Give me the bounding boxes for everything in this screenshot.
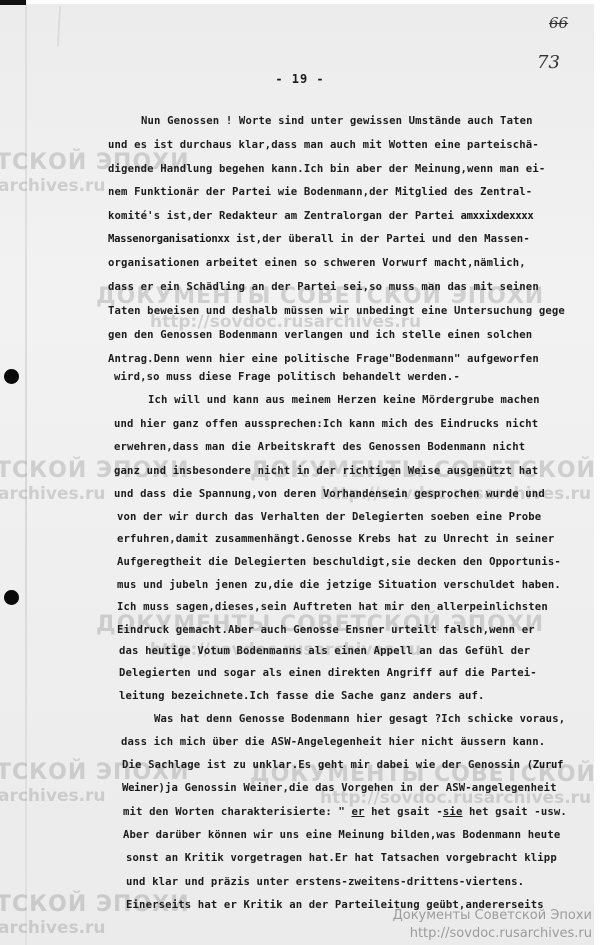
text-line: gen den Genossen Bodenmann verlangen und…: [108, 329, 532, 341]
text-line: und es ist durchaus klar,dass man auch m…: [108, 139, 539, 151]
text-line: sonst an Kritik vorgetragen hat.Er hat T…: [126, 852, 557, 864]
text-line: Ich muss sagen,dieses,sein Auftreten hat…: [117, 601, 548, 613]
text-line: erfuhren,damit zusammenhängt.Genosse Kre…: [117, 533, 554, 545]
text-line: mus und jubeln jenen zu,die die jetzige …: [117, 579, 561, 591]
text-line: und klar und präzis unter erstens-zweite…: [126, 876, 524, 888]
typed-over-text: Weiner: [122, 782, 158, 794]
text-line: mit den Worten charakterisierte: " er he…: [123, 806, 567, 818]
text-segment: Die Sachlage ist zu unklar.Es geht mir d…: [122, 759, 527, 771]
text-segment: )ja Genossin Weiner,die das Vorgehen in …: [158, 782, 556, 794]
text-line: Delegierten und sogar als einen direkten…: [119, 667, 537, 679]
text-line: Aufgeregtheit die Delegierten beschuldig…: [117, 556, 561, 568]
text-line: von der wir durch das Verhalten der Dele…: [117, 511, 541, 523]
text-line: Taten beweisen und deshalb müssen wir un…: [108, 305, 565, 317]
text-line: erwehren,dass man die Arbeitskraft des G…: [114, 441, 525, 453]
text-line: Was hat denn Genosse Bodenmann hier gesa…: [154, 713, 565, 725]
typed-over-text: (Zuruf: [527, 759, 563, 771]
text-line: wird,so muss diese Frage politisch behan…: [114, 371, 460, 383]
text-segment: het gsait -: [365, 806, 443, 818]
punch-hole-icon: [4, 369, 19, 384]
text-line: nem Funktionär der Partei wie Bodenmann,…: [108, 186, 532, 198]
text-line: dass ich mich über die ASW-Angelegenheit…: [121, 736, 545, 748]
text-line: das heutige Votum Bodenmanns als einen A…: [119, 645, 530, 657]
footer-watermark-title: Документы Советской Эпохи: [393, 908, 592, 923]
text-segment: het gsait -usw.: [462, 806, 566, 818]
text-line: Ich will und kann aus meinem Herzen kein…: [148, 394, 540, 406]
text-line: komité's ist,der Redakteur am Zentralorg…: [108, 210, 533, 222]
struck-folio-number: 66: [549, 14, 568, 32]
text-line: dass er ein Schädling an der Partei sei,…: [108, 281, 539, 293]
text-segment: ist,der überall in der Partei und den Ma…: [230, 233, 530, 245]
text-line: und dass die Spannung,von deren Vorhande…: [114, 488, 545, 500]
typed-over-text: Massenorganisationxx: [108, 233, 230, 245]
folio-number: 73: [537, 52, 560, 73]
text-line: Massenorganisationxx ist,der überall in …: [108, 233, 530, 245]
text-segment: mit den Worten charakterisierte: ": [123, 806, 351, 818]
text-line: Antrag.Denn wenn hier eine politische Fr…: [108, 353, 539, 365]
text-segment: komité's ist,der Redakteur am Zentralorg…: [108, 210, 461, 222]
text-line: leitung bezeichnete.Ich fasse die Sache …: [119, 690, 485, 702]
scan-border: [0, 0, 26, 5]
text-line: Eindruck gemacht.Aber auch Genosse Ensne…: [117, 624, 535, 636]
footer-watermark-url: http://sovdoc.rusarchives.ru: [410, 926, 592, 941]
page-number: - 19 -: [0, 72, 600, 86]
paper-fold-line: [25, 0, 27, 945]
text-line: digende Handlung begehen kann.Ich bin ab…: [108, 163, 545, 175]
underlined-word: er: [351, 806, 364, 818]
text-line: ganz und insbesondere nicht in der richt…: [114, 465, 538, 477]
text-line: und hier ganz offen aussprechen:Ich kann…: [114, 418, 538, 430]
punch-hole-icon: [4, 590, 19, 605]
scanned-document-page: 66 73 - 19 - ТСКОЙ ЭПОХИ archives.ru ДОК…: [0, 0, 600, 945]
underlined-word: sie: [443, 806, 463, 818]
text-line: Weiner)ja Genossin Weiner,die das Vorgeh…: [122, 782, 557, 794]
text-line: Aber darüber können wir uns eine Meinung…: [123, 829, 560, 841]
text-line: organisationen arbeitet einen so schwere…: [108, 257, 526, 269]
typed-over-text: amxxixdexxxx: [461, 210, 534, 222]
text-line: Nun Genossen ! Worte sind unter gewissen…: [141, 115, 533, 127]
text-line: Die Sachlage ist zu unklar.Es geht mir d…: [122, 759, 563, 771]
